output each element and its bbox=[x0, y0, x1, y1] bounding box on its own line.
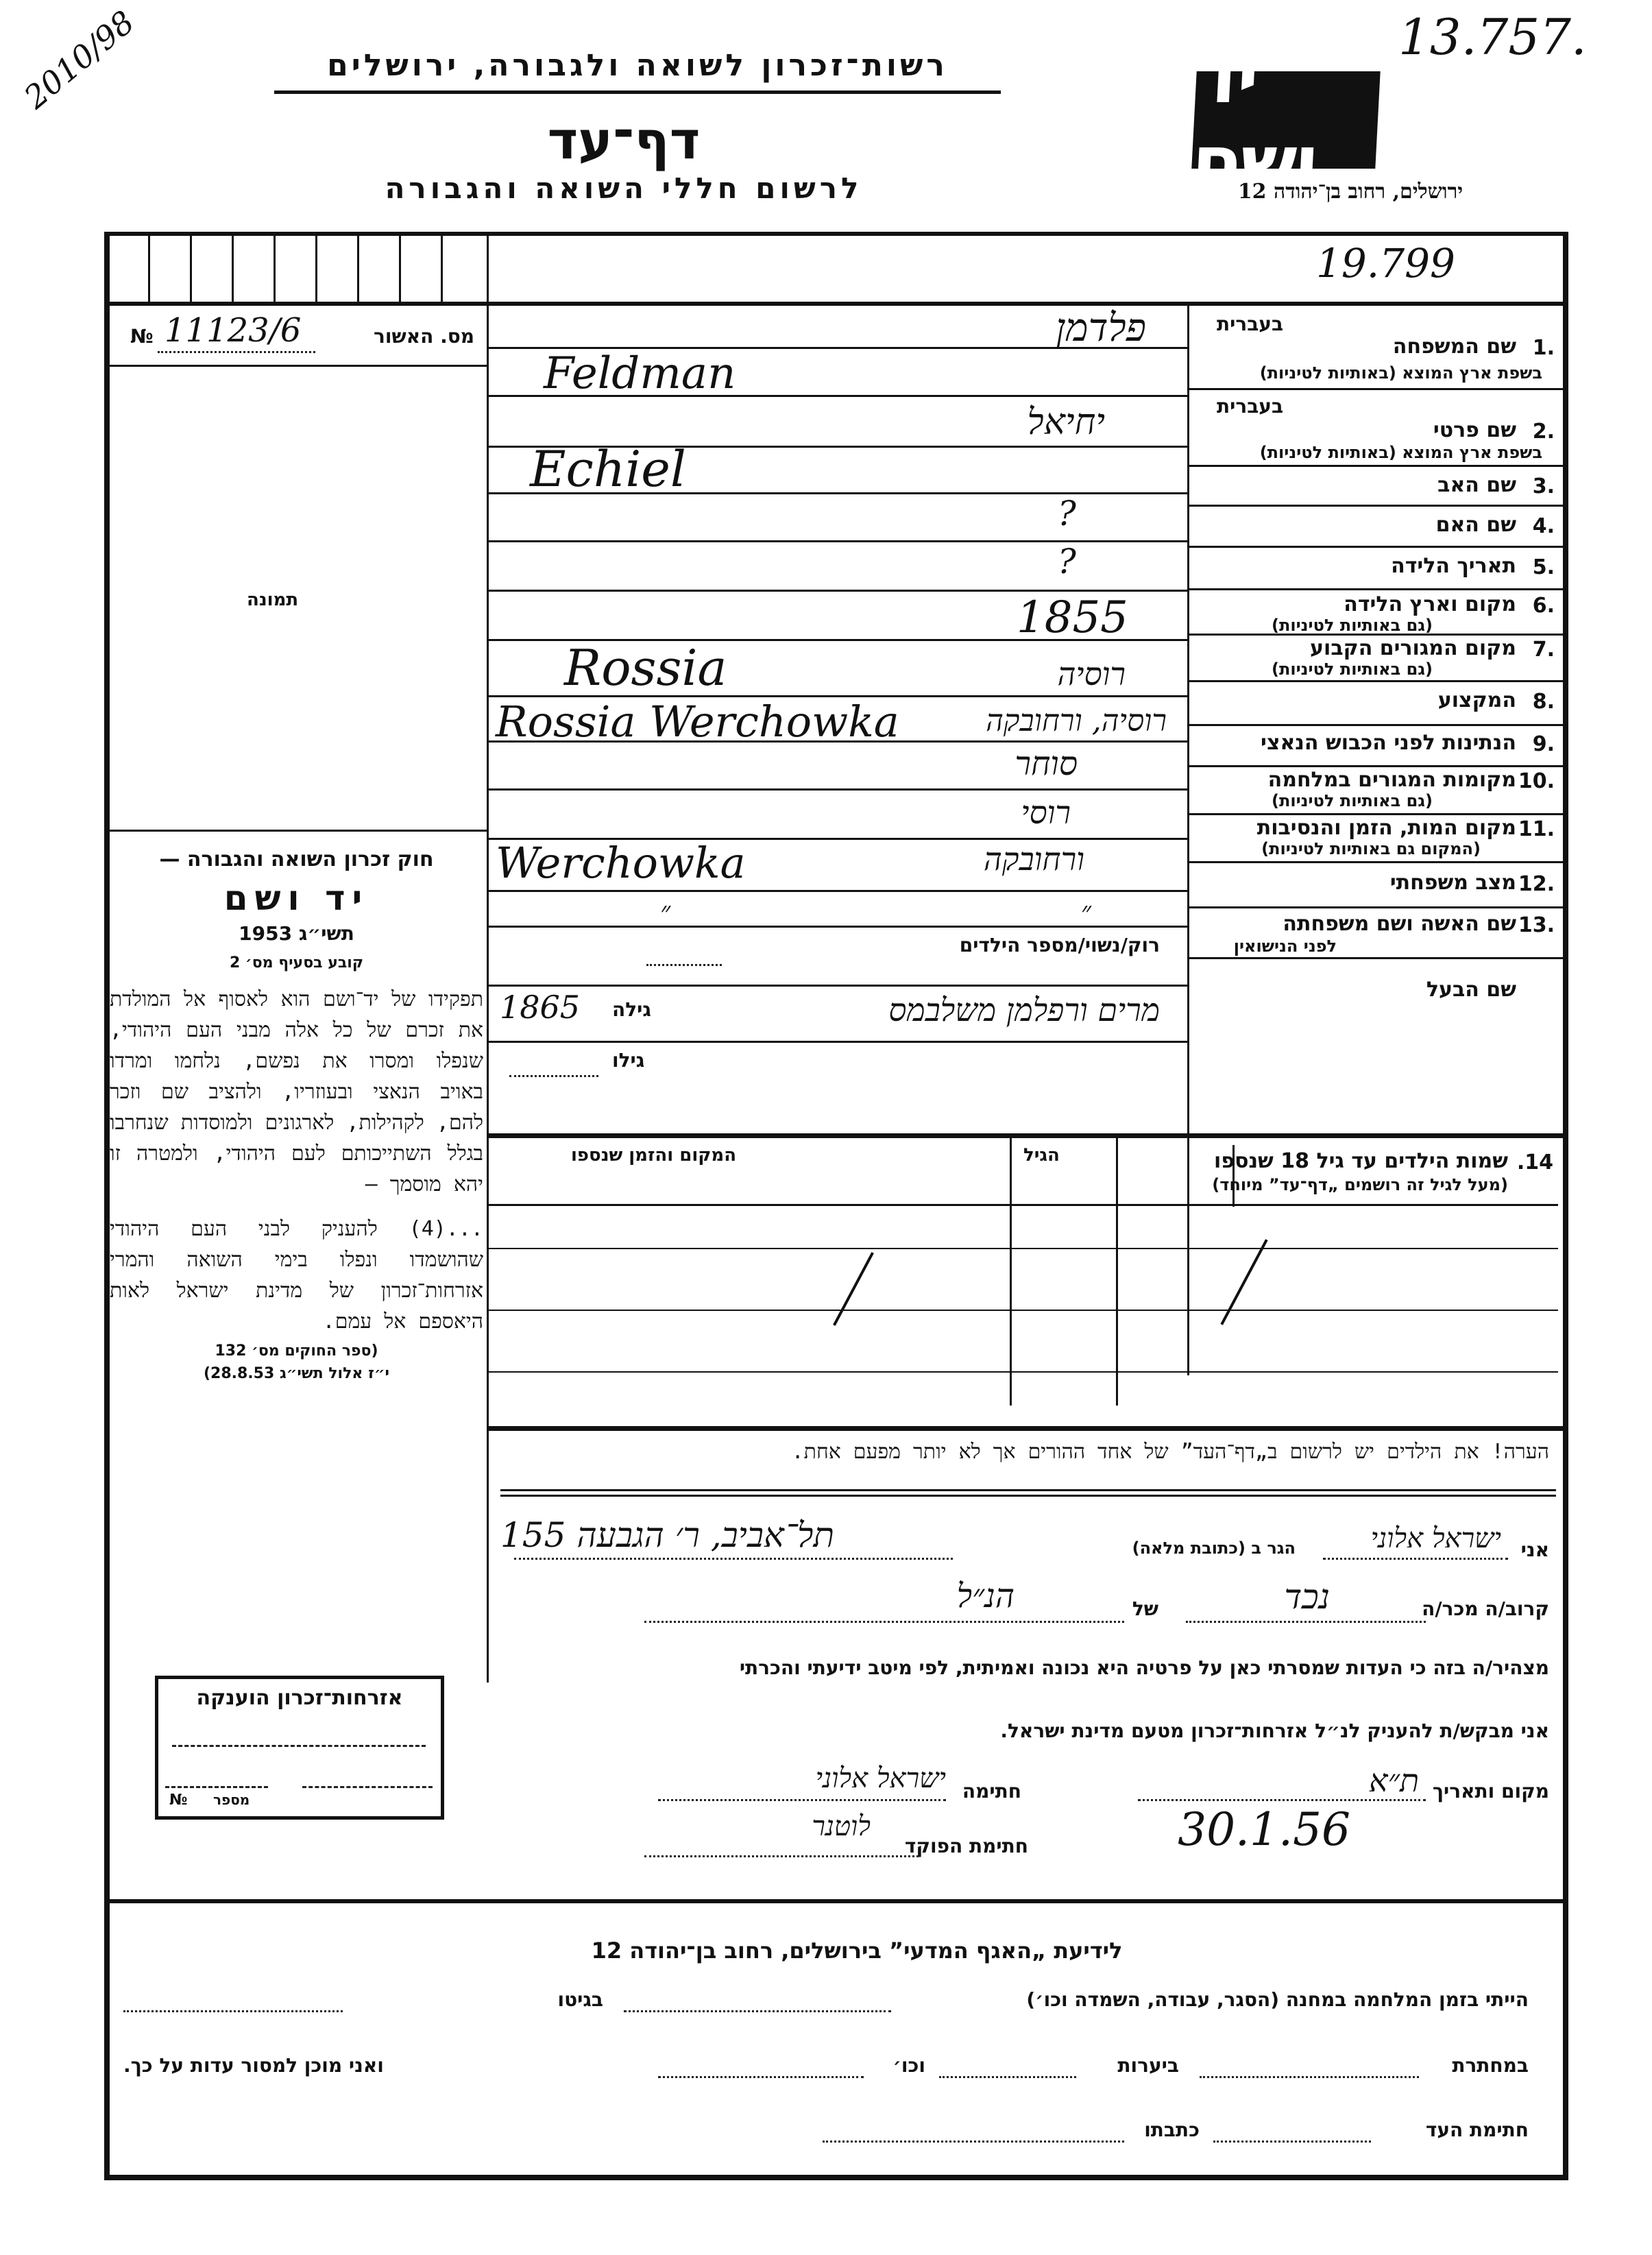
photo-bottom-rule bbox=[108, 830, 487, 832]
field-4-label: שם האם bbox=[1436, 513, 1516, 537]
statement-1: מצהיר/ה בזה כי העדות שמסרתי כאן על פרטיה… bbox=[740, 1656, 1549, 1679]
form-subtitle: לרשום חללי השואה והגבורה bbox=[315, 171, 932, 205]
citizenship-title: אזרחות־זכרון הוענקה bbox=[158, 1686, 441, 1710]
signature-label: חתימה bbox=[962, 1780, 1021, 1802]
archive-number: 13.757. bbox=[1398, 8, 1587, 66]
field-2-num: 2. bbox=[1533, 420, 1555, 444]
approval-rule bbox=[108, 365, 487, 367]
husband-label: שם הבעל bbox=[1426, 978, 1516, 1002]
field-6-value-hebrew: רוסיה bbox=[1057, 655, 1126, 692]
children-bottom-rule bbox=[487, 1426, 1563, 1431]
children-sub: (מעל לגיל זה רושמים „דף־עד” מיוחד) bbox=[1212, 1175, 1508, 1194]
approval-label: מס. האשור bbox=[374, 325, 474, 348]
clerk-signature-value: לוטנר bbox=[812, 1810, 871, 1842]
law-title: חוק זכרון השואה והגבורה — bbox=[110, 847, 483, 871]
field-3-num: 3. bbox=[1533, 474, 1555, 498]
footer-line3-a: חתימת העד bbox=[1426, 2119, 1529, 2141]
footer-line2-a: במחתרת bbox=[1452, 2054, 1529, 2077]
field-13-birth-value: 1865 bbox=[500, 989, 580, 1026]
husband-age-label: גילו bbox=[612, 1049, 644, 1072]
footer-line1-b: בגיטו bbox=[558, 1988, 603, 2011]
field-11-sub: (המקום גם באותיות לטיניות) bbox=[1261, 839, 1481, 858]
i-label: אני bbox=[1521, 1539, 1549, 1561]
field-13-birth-label: גילה bbox=[612, 998, 651, 1021]
footer-title: לידיעת „האגף המדעי” בירושלים, רחוב בן־יה… bbox=[480, 1938, 1234, 1964]
col-place-time: המקום והזמן שנספו bbox=[571, 1145, 736, 1166]
org-line: רשות־זכרון לשואה ולגבורה, ירושלים bbox=[267, 48, 1008, 83]
field-5-label: תאריך הלידה bbox=[1391, 554, 1516, 578]
photo-label: תמונה bbox=[247, 590, 298, 610]
field-2-label: שם פרטי bbox=[1433, 418, 1516, 442]
law-year: תשי״ג 1953 bbox=[110, 922, 483, 945]
footer-line2-d: ואני מוכן למסור עדות על כך. bbox=[123, 2054, 384, 2077]
form-title: דף־עד bbox=[480, 110, 768, 171]
col-age: הגיל bbox=[1023, 1145, 1060, 1166]
of-value: הנ״ל bbox=[957, 1577, 1015, 1615]
law-name: יד ושם bbox=[110, 878, 483, 918]
header-divider bbox=[274, 91, 1001, 94]
field-11-value-latin: ״ bbox=[660, 895, 670, 928]
clerk-signature-label: חתימת הפוקד bbox=[905, 1835, 1028, 1857]
children-top-rule bbox=[487, 1133, 1563, 1138]
declarant-name: ישראל אלוני bbox=[1371, 1522, 1501, 1554]
field-7-value-hebrew: רוסיה, ורחובקה bbox=[986, 703, 1167, 738]
relation-value: נכד bbox=[1284, 1577, 1330, 1617]
field-7-value-latin: Rossia Werchowka bbox=[496, 697, 899, 747]
address-value: תל־אביב, ר׳ הגבעה 155 bbox=[500, 1515, 834, 1555]
field-1-value-latin: Feldman bbox=[544, 348, 736, 399]
field-6-sub: (גם באותיות לטיניות) bbox=[1272, 616, 1433, 635]
approval-row: № 11123/6 מס. האשור bbox=[123, 309, 480, 363]
field-1-sub: בשפת ארץ המוצא (באותיות לטיניות) bbox=[1260, 363, 1542, 383]
field-4-value: ? bbox=[1058, 542, 1076, 581]
field-10-value-latin: Werchowka bbox=[496, 838, 746, 888]
field-6-num: 6. bbox=[1533, 594, 1555, 618]
footer-line2-b: ביערות bbox=[1117, 2054, 1179, 2077]
field-12-label: מצב משפחתי bbox=[1390, 871, 1516, 895]
field-10-num: 10. bbox=[1518, 769, 1555, 793]
of-label: של bbox=[1132, 1597, 1158, 1620]
field-2-value-hebrew: יחיאל bbox=[1027, 402, 1105, 443]
field-7-sub: (גם באותיות לטיניות) bbox=[1272, 660, 1433, 679]
children-strike-2 bbox=[1220, 1239, 1267, 1325]
children-num: 14. bbox=[1517, 1150, 1553, 1174]
field-7-label: מקום המגורים הקבוע bbox=[1310, 636, 1516, 660]
yad-vashem-logo: יד ושם bbox=[1191, 71, 1380, 169]
citizenship-number-label: מספר bbox=[213, 1792, 250, 1808]
note: הערה! את הילדים יש לרשום ב„דף־העד” של אח… bbox=[507, 1440, 1549, 1464]
field-10-sub: (גם באותיות לטיניות) bbox=[1272, 791, 1433, 810]
marital-options: רוק/נשוי/מספר הילדים bbox=[960, 934, 1160, 956]
field-1-label: שם המשפחה bbox=[1393, 335, 1516, 359]
field-2-value-latin: Echiel bbox=[530, 440, 686, 498]
place-date-label: מקום ותאריך bbox=[1433, 1780, 1549, 1802]
field-12-num: 12. bbox=[1518, 872, 1555, 896]
field-9-label: הנתינות לפני הכבוש הנאצי bbox=[1261, 731, 1516, 755]
field-2-sub: בשפת ארץ המוצא (באותיות לטיניות) bbox=[1260, 443, 1542, 462]
law-ref-2: י״ז אלול תשי״ג 28.8.53) bbox=[110, 1365, 483, 1382]
statement-2: אני מבקש/ת להעניק לנ״ל אזרחות־זכרון מטעם… bbox=[1000, 1720, 1549, 1742]
field-1-lang: בעברית bbox=[1217, 313, 1283, 335]
approval-value: 11123/6 bbox=[165, 311, 301, 350]
field-13-num: 13. bbox=[1518, 913, 1555, 937]
law-para-2: ...(4) להעניק לבני העם היהודי שהושמדו ונ… bbox=[110, 1214, 483, 1337]
field-11-num: 11. bbox=[1518, 817, 1555, 841]
place-value: ת״א bbox=[1369, 1762, 1419, 1799]
field-13-sub: לפני הנישואין bbox=[1234, 937, 1337, 956]
note-rule-1 bbox=[500, 1489, 1556, 1491]
declaration: אני ישראל אלוני הגר ב (כתובת מלאה) תל־אב… bbox=[494, 1502, 1556, 1885]
field-13-label: שם האשה ושם משפחתה bbox=[1283, 912, 1516, 936]
field-1-num: 1. bbox=[1533, 336, 1555, 360]
law-para-1: תפקידו של יד־ושם הוא לאסוף אל המולדת את … bbox=[110, 984, 483, 1200]
tick-boxes bbox=[108, 236, 478, 302]
citizenship-no-sign: № bbox=[169, 1792, 187, 1809]
children-section: 14. שמות הילדים עד גיל 18 שנספו (מעל לגי… bbox=[489, 1138, 1563, 1406]
field-10-label: מקומות המגורים במלחמה bbox=[1268, 768, 1516, 792]
law-section: קובע בסעיף מס׳ 2 bbox=[110, 954, 483, 972]
field-11-value-hebrew: ״ bbox=[1081, 895, 1091, 928]
law-ref-1: (ספר החוקים מס׳ 132 bbox=[110, 1342, 483, 1360]
field-7-num: 7. bbox=[1533, 638, 1555, 662]
field-5-num: 5. bbox=[1533, 555, 1555, 579]
law-box: חוק זכרון השואה והגבורה — יד ושם תשי״ג 1… bbox=[110, 843, 483, 1382]
field-8-num: 8. bbox=[1533, 690, 1555, 714]
signature-value: ישראל אלוני bbox=[816, 1762, 946, 1794]
corner-annotation: 2010/98 bbox=[17, 3, 141, 116]
handwritten-number: 19.799 bbox=[1316, 240, 1455, 287]
field-10-value-hebrew: ורחובקה bbox=[984, 841, 1084, 878]
field-6-label: מקום וארץ הלידה bbox=[1344, 592, 1516, 616]
resides-label: הגר ב (כתובת מלאה) bbox=[1132, 1539, 1296, 1558]
footer-line1-a: הייתי בזמן המלחמה במחנה (הסגר, עבודה, הש… bbox=[1026, 1988, 1529, 2011]
field-3-value: ? bbox=[1058, 494, 1076, 533]
date-value: 30.1.56 bbox=[1178, 1803, 1350, 1856]
field-9-value: רוסי bbox=[1021, 794, 1071, 831]
citizenship-box: אזרחות־זכרון הוענקה № מספר bbox=[155, 1676, 444, 1820]
address: ירושלים, רחוב בן־יהודה 12 bbox=[1172, 180, 1529, 204]
field-8-label: המקצוע bbox=[1438, 688, 1516, 712]
footer-form: הייתי בזמן המלחמה במחנה (הסגר, עבודה, הש… bbox=[110, 1988, 1549, 2167]
field-9-num: 9. bbox=[1533, 732, 1555, 756]
footer-top-rule bbox=[104, 1899, 1563, 1903]
field-3-label: שם האב bbox=[1437, 473, 1516, 497]
field-13-value: מרים ורפלמן משלבמס bbox=[888, 991, 1160, 1028]
field-6-value-latin: Rossia bbox=[564, 639, 727, 697]
children-strike-1 bbox=[833, 1252, 874, 1326]
field-4-num: 4. bbox=[1533, 514, 1555, 538]
field-11-label: מקום המות, הזמן והנסיבות bbox=[1257, 816, 1516, 840]
children-label: שמות הילדים עד גיל 18 שנספו bbox=[1214, 1149, 1508, 1173]
no-sign: № bbox=[130, 325, 154, 348]
footer-line2-c: וכו׳ bbox=[892, 2054, 925, 2077]
note-rule-2 bbox=[500, 1495, 1556, 1497]
field-8-value: סוחר bbox=[1015, 745, 1078, 783]
field-5-value: 1855 bbox=[1017, 592, 1128, 643]
field-2-lang: בעברית bbox=[1217, 395, 1283, 418]
field-1-value-hebrew: פלדמן bbox=[1056, 306, 1146, 350]
relative-label: קרוב/ה מכר/ה bbox=[1422, 1597, 1549, 1620]
footer-line3-b: כתבתו bbox=[1144, 2119, 1200, 2141]
